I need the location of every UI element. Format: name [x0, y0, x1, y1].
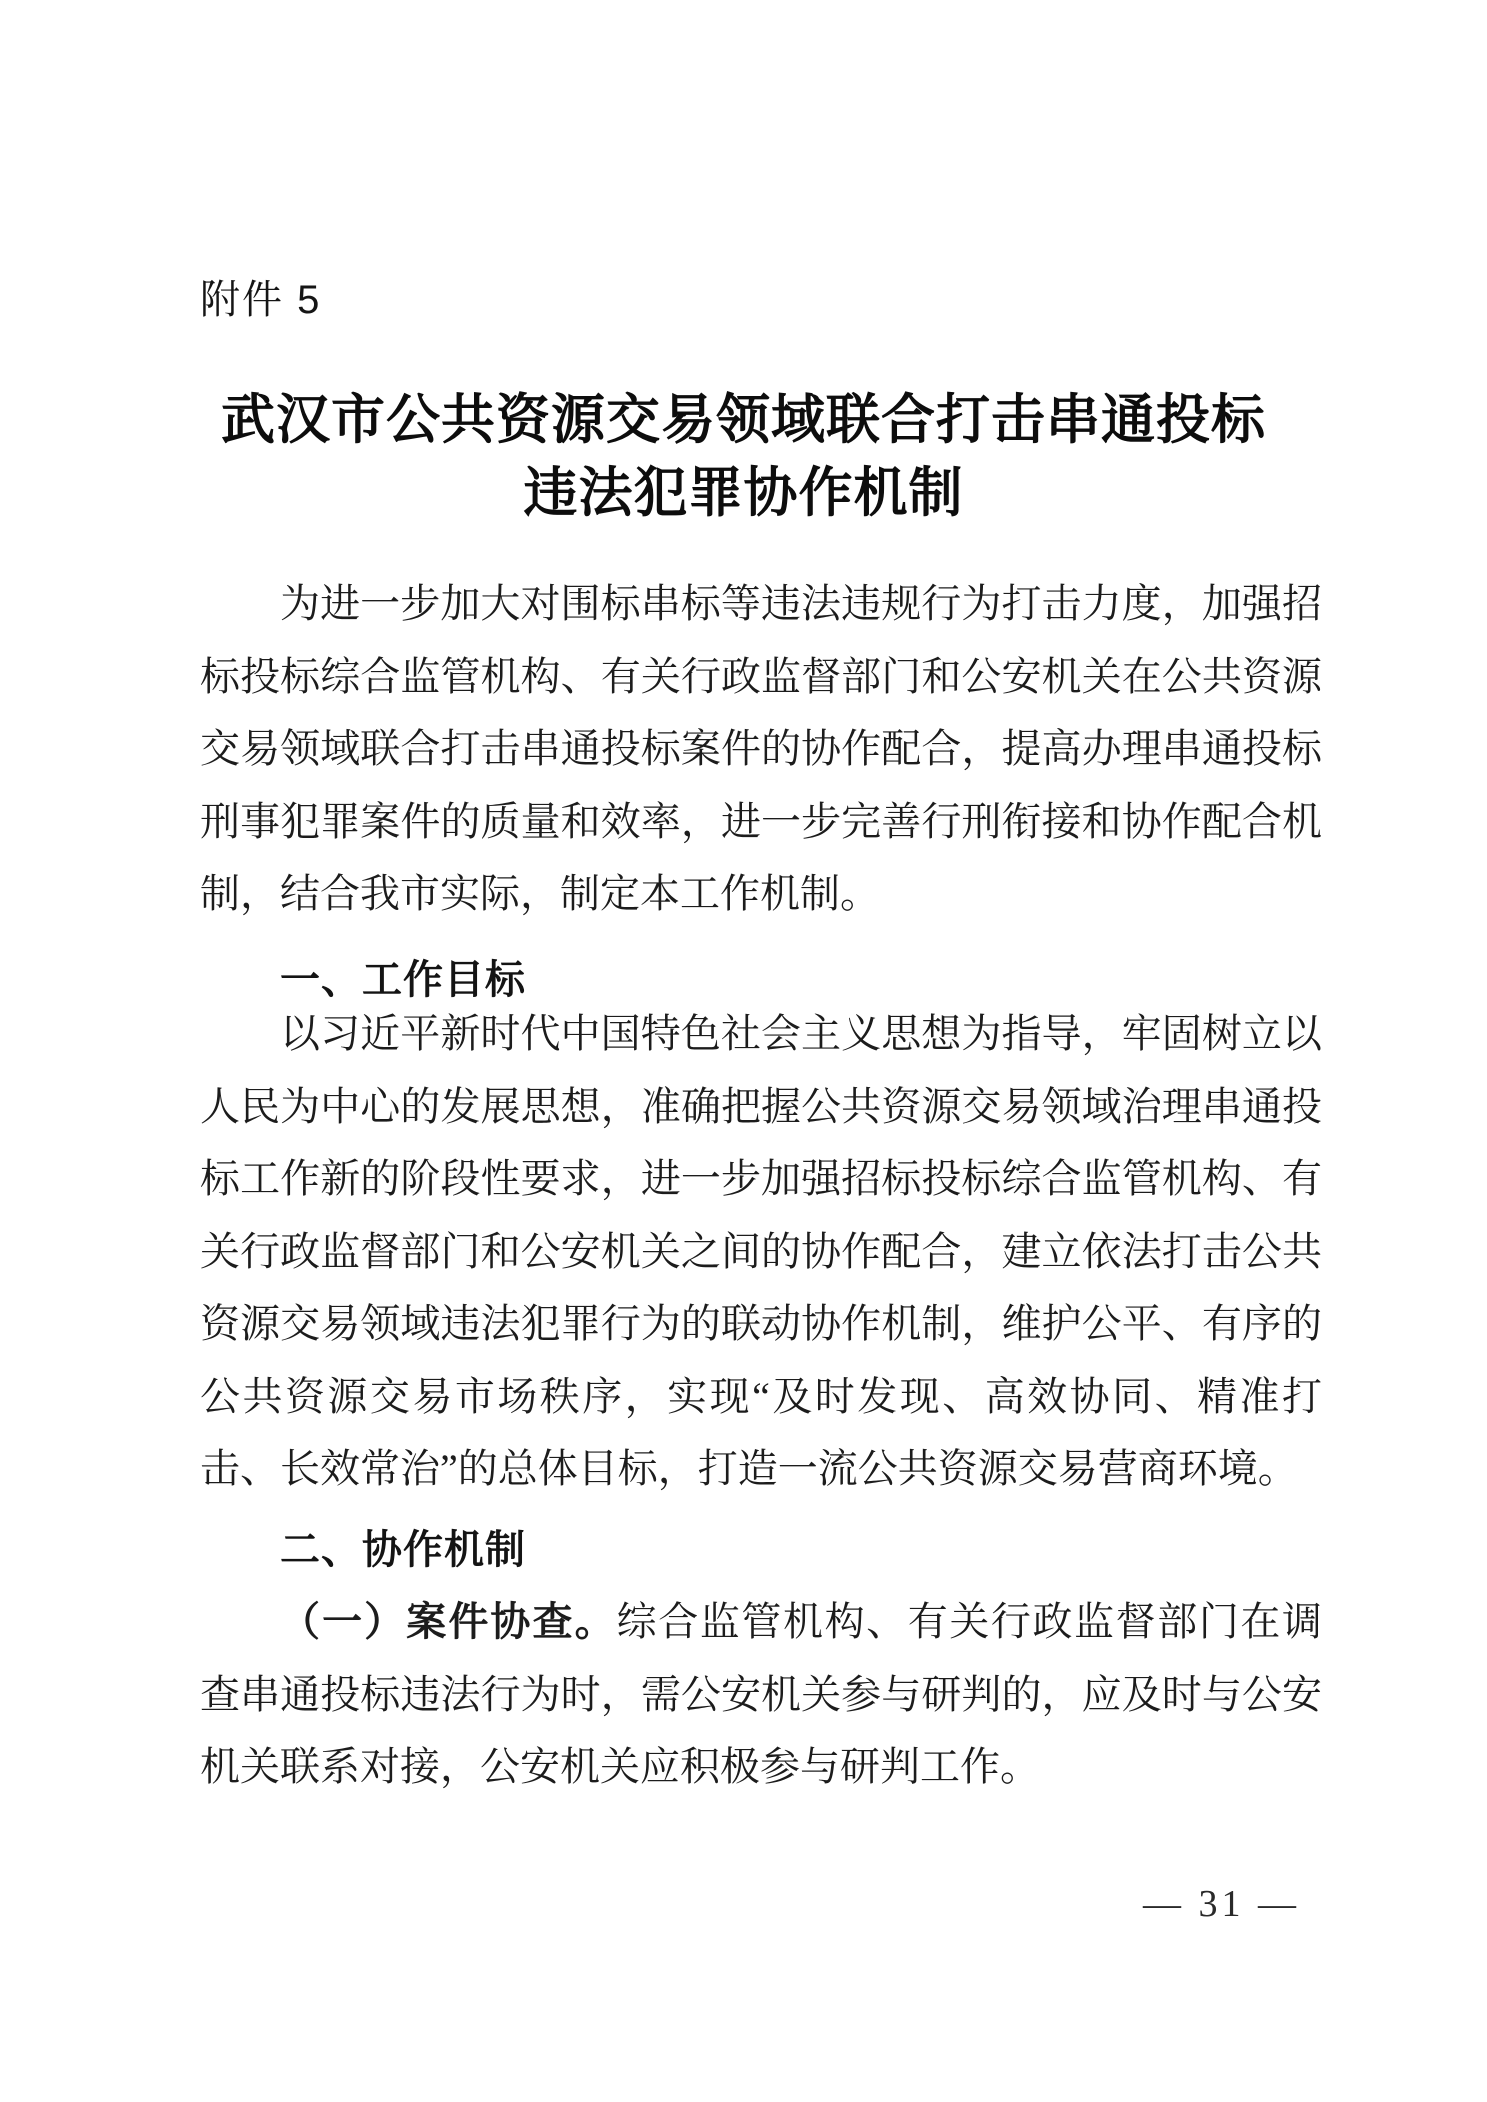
- section-2-heading: 二、协作机制: [200, 1514, 1402, 1587]
- document-title-line-2: 违法犯罪协作机制: [0, 457, 1487, 530]
- section-2-item-1-lead: （一）案件协查。: [280, 1600, 617, 1644]
- attachment-label: 附件 5: [200, 272, 321, 328]
- section-1-paragraph: 以习近平新时代中国特色社会主义思想为指导，牢固树立以人民为中心的发展思想，准确把…: [200, 998, 1322, 1506]
- page-number: — 31 —: [1143, 1882, 1300, 1926]
- document-title: 武汉市公共资源交易领域联合打击串通投标 违法犯罪协作机制: [0, 384, 1487, 530]
- section-2-item-1: （一）案件协查。综合监管机构、有关行政监督部门在调查串通投标违法行为时，需公安机…: [200, 1586, 1322, 1804]
- document-title-line-1: 武汉市公共资源交易领域联合打击串通投标: [0, 384, 1487, 457]
- intro-paragraph: 为进一步加大对围标串标等违法违规行为打击力度，加强招标投标综合监管机构、有关行政…: [200, 568, 1322, 931]
- document-page: 附件 5 武汉市公共资源交易领域联合打击串通投标 违法犯罪协作机制 为进一步加大…: [0, 0, 1487, 2102]
